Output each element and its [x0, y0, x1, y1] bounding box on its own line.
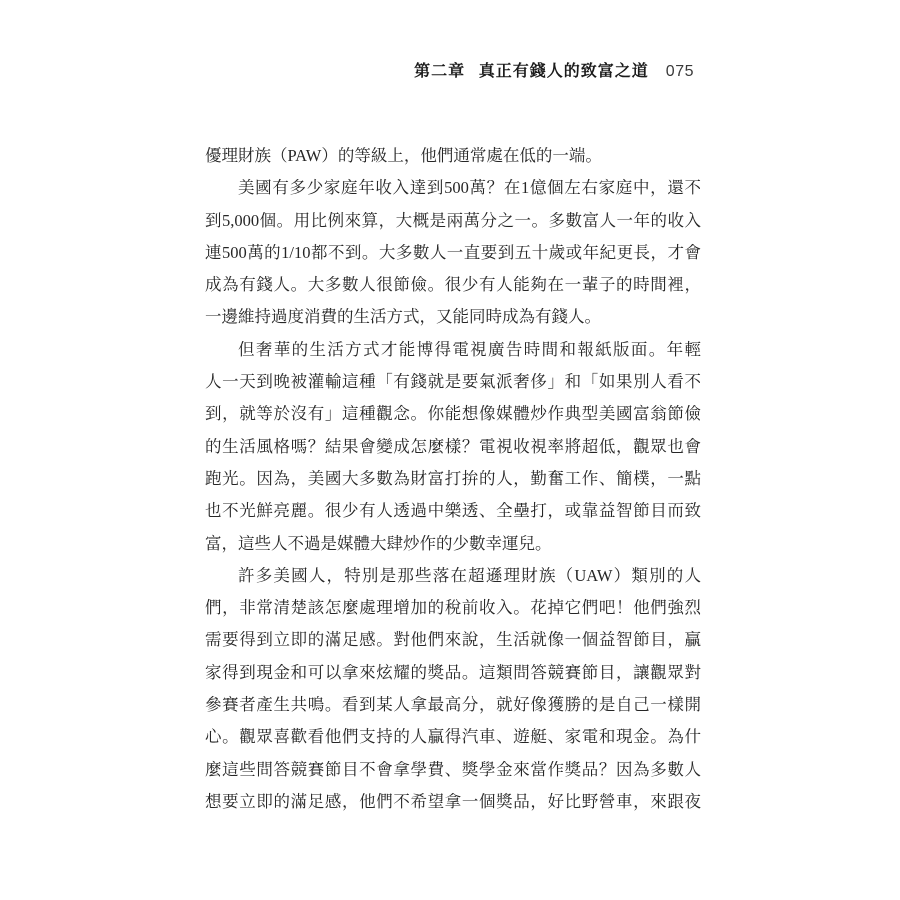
text-line: 一邊維持過度消費的生活方式，又能同時成為有錢人。 — [205, 301, 701, 333]
body-text-block: 優理財族（PAW）的等級上，他們通常處在低的一端。美國有多少家庭年收入達到500… — [205, 140, 701, 818]
text-line: 連500萬的1/10都不到。大多數人一直要到五十歲或年紀更長，才會 — [205, 237, 701, 269]
text-line: 富，這些人不過是媒體大肆炒作的少數幸運兒。 — [205, 528, 701, 560]
chapter-title: 真正有錢人的致富之道 — [479, 63, 649, 80]
text-line: 需要得到立即的滿足感。對他們來說，生活就像一個益智節目，贏 — [205, 624, 701, 656]
text-line: 麼這些問答競賽節目不會拿學費、獎學金來當作獎品？因為多數人 — [205, 754, 701, 786]
text-line: 但奢華的生活方式才能博得電視廣告時間和報紙版面。年輕 — [205, 334, 701, 366]
running-head: 第二章真正有錢人的致富之道075 — [414, 62, 694, 82]
text-line: 們，非常清楚該怎麼處理增加的稅前收入。花掉它們吧！他們強烈 — [205, 592, 701, 624]
text-line: 人一天到晚被灌輸這種「有錢就是要氣派奢侈」和「如果別人看不 — [205, 366, 701, 398]
text-line: 家得到現金和可以拿來炫耀的獎品。這類問答競賽節目，讓觀眾對 — [205, 657, 701, 689]
paragraph: 優理財族（PAW）的等級上，他們通常處在低的一端。 — [205, 140, 701, 172]
paragraph: 但奢華的生活方式才能博得電視廣告時間和報紙版面。年輕人一天到晚被灌輸這種「有錢就… — [205, 334, 701, 560]
text-line: 成為有錢人。大多數人很節儉。很少有人能夠在一輩子的時間裡， — [205, 269, 701, 301]
text-line: 心。觀眾喜歡看他們支持的人贏得汽車、遊艇、家電和現金。為什 — [205, 721, 701, 753]
page-number: 075 — [666, 63, 694, 80]
text-line: 想要立即的滿足感，他們不希望拿一個獎品，好比野營車，來跟夜 — [205, 786, 701, 818]
text-line: 許多美國人，特別是那些落在超遜理財族（UAW）類別的人 — [205, 560, 701, 592]
text-line: 優理財族（PAW）的等級上，他們通常處在低的一端。 — [205, 140, 701, 172]
text-line: 到5,000個。用比例來算，大概是兩萬分之一。多數富人一年的收入 — [205, 205, 701, 237]
text-line: 美國有多少家庭年收入達到500萬？在1億個左右家庭中，還不 — [205, 172, 701, 204]
text-line: 跑光。因為，美國大多數為財富打拚的人，勤奮工作、簡樸，一點 — [205, 463, 701, 495]
paragraph: 美國有多少家庭年收入達到500萬？在1億個左右家庭中，還不到5,000個。用比例… — [205, 172, 701, 333]
text-line: 參賽者產生共鳴。看到某人拿最高分，就好像獲勝的是自己一樣開 — [205, 689, 701, 721]
text-line: 也不光鮮亮麗。很少有人透過中樂透、全壘打，或靠益智節目而致 — [205, 495, 701, 527]
chapter-label: 第二章 — [414, 63, 465, 80]
text-line: 的生活風格嗎？結果會變成怎麼樣？電視收視率將超低，觀眾也會 — [205, 431, 701, 463]
book-page: 第二章真正有錢人的致富之道075 優理財族（PAW）的等級上，他們通常處在低的一… — [0, 0, 900, 900]
text-line: 到，就等於沒有」這種觀念。你能想像媒體炒作典型美國富翁節儉 — [205, 398, 701, 430]
paragraph: 許多美國人，特別是那些落在超遜理財族（UAW）類別的人們，非常清楚該怎麼處理增加… — [205, 560, 701, 818]
